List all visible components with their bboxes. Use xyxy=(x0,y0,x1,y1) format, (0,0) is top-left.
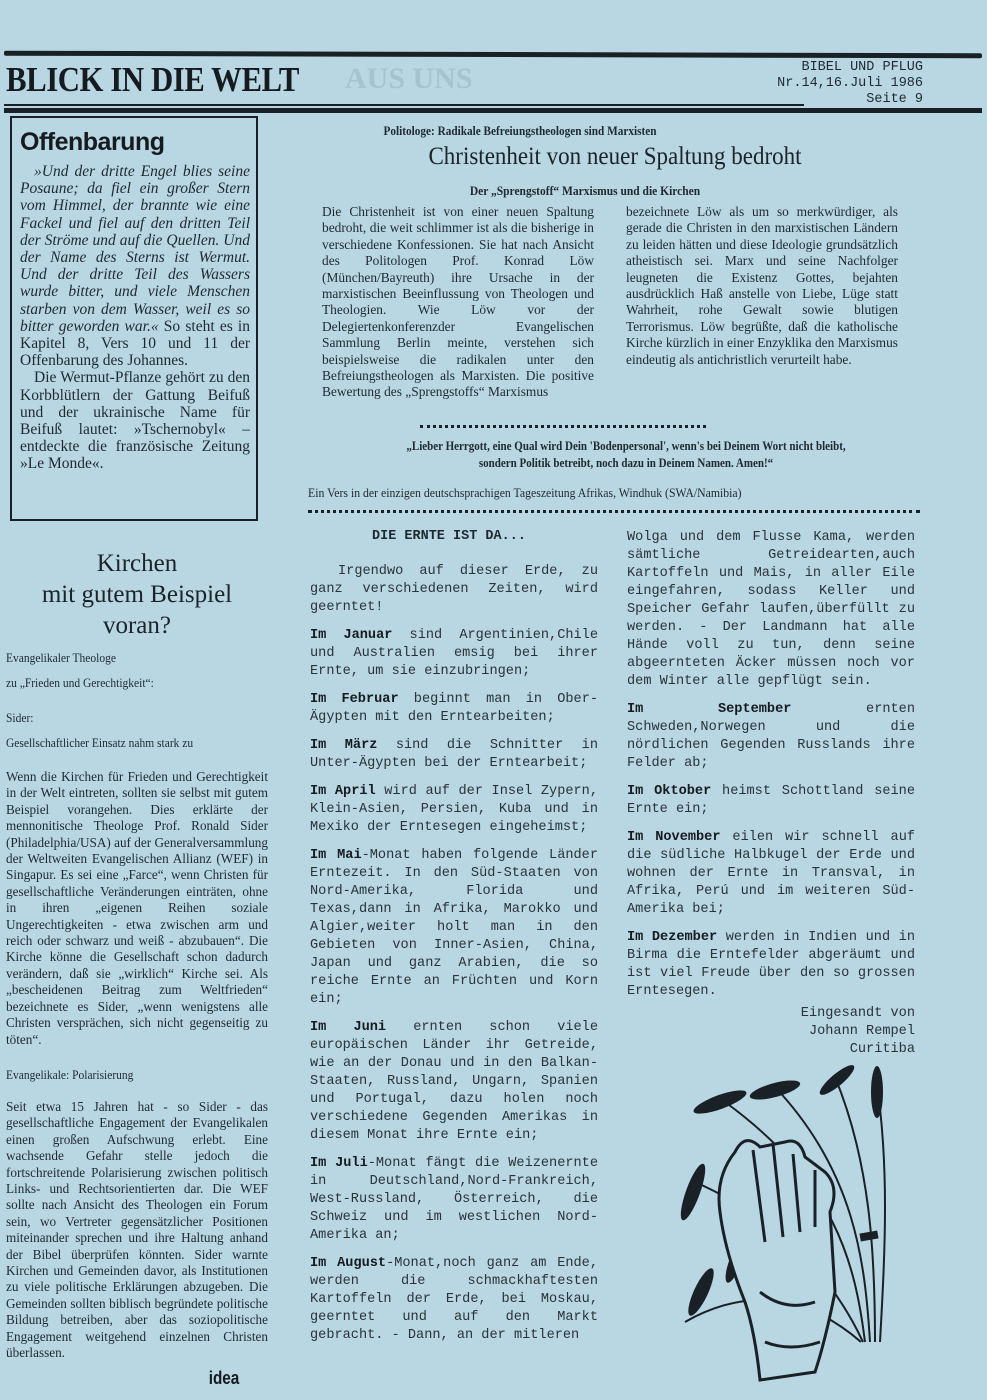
month-label: Im Februar xyxy=(310,692,399,707)
dotted-divider xyxy=(308,510,920,513)
ernte-title: DIE ERNTE IST DA... xyxy=(372,529,526,544)
month-text: -Monat haben folgende Länder Erntezeit. … xyxy=(310,848,598,1007)
month-label: Im Dezember xyxy=(627,930,717,945)
dotted-divider xyxy=(420,425,706,428)
verse-quote: „Lieber Herrgott, eine Qual wird Dein 'B… xyxy=(357,438,896,472)
bleed-through-text: AUS UNS xyxy=(345,62,473,96)
ernte-month-paragraph: Im März sind die Schnitter in Unter-Ägyp… xyxy=(310,737,598,773)
month-label: Im April xyxy=(310,784,376,799)
offenbarung-title: Offenbarung xyxy=(20,128,250,157)
idea-agency-logo: idea xyxy=(209,1368,240,1389)
wermut-paragraph: Die Wermut-Pflanze gehört zu den Korbblü… xyxy=(20,369,250,472)
newspaper-page: AUS UNS BLICK IN DIE WELT BIBEL UND PFLU… xyxy=(0,0,987,1400)
ernte-month-paragraph: Wolga und dem Flusse Kama, werden sämtli… xyxy=(627,529,915,691)
month-label: Im August xyxy=(310,1256,386,1271)
article-subheadline: Der „Sprengstoff“ Marxismus und die Kirc… xyxy=(323,184,847,199)
issue-date: Nr.14,16.Juli 1986 xyxy=(777,76,923,92)
kirchen-subhead: Evangelikale: Polarisierung xyxy=(6,1068,247,1083)
bible-quote: »Und der dritte Engel blies seine Posaun… xyxy=(20,163,250,335)
signature-line: Johann Rempel xyxy=(627,1023,915,1041)
kirchen-body-1: Wenn die Kirchen für Frieden und Gerecht… xyxy=(6,769,268,1048)
masthead-thin-rule xyxy=(4,104,804,106)
verse-line-1: „Lieber Herrgott, eine Qual wird Dein 'B… xyxy=(357,438,896,455)
kirchen-article: Kirchen mit gutem Beispiel voran? Evange… xyxy=(6,548,268,1361)
month-label: Im November xyxy=(627,830,721,845)
ernte-month-paragraph: Im Oktober heimst Schottland seine Ernte… xyxy=(627,783,915,819)
signature-line: Curitiba xyxy=(627,1041,915,1059)
kirchen-meta-1: Evangelikaler Theologe xyxy=(6,651,247,666)
month-label: Im Oktober xyxy=(627,784,711,799)
kirchen-meta-3: Sider: xyxy=(6,711,247,726)
month-label: Im Mai xyxy=(310,848,362,863)
ernte-intro: Irgendwo auf dieser Erde, zu ganz versch… xyxy=(310,563,598,617)
ernte-column-2: Wolga und dem Flusse Kama, werden sämtli… xyxy=(627,529,915,1059)
masthead-top-rule xyxy=(4,51,982,59)
month-label: Im Januar xyxy=(310,628,392,643)
ernte-month-paragraph: Im Juli-Monat fängt die Weizenernte in D… xyxy=(310,1155,598,1245)
kirchen-headline-1: Kirchen xyxy=(6,548,268,579)
month-label: Im September xyxy=(627,702,791,717)
ernte-month-paragraph: Im September ernten Schweden,Norwegen un… xyxy=(627,701,915,773)
masthead-bottom-rule xyxy=(4,108,982,113)
masthead-info: BIBEL UND PFLUG Nr.14,16.Juli 1986 Seite… xyxy=(777,60,923,108)
month-label: Im März xyxy=(310,738,377,753)
offenbarung-body: »Und der dritte Engel blies seine Posaun… xyxy=(20,163,250,473)
ernte-month-paragraph: Im Juni ernten schon viele europäischen … xyxy=(310,1019,598,1145)
kirchen-body-2: Seit etwa 15 Jahren hat - so Sider - das… xyxy=(6,1099,268,1362)
kirchen-meta-4: Gesellschaftlicher Einsatz nahm stark zu xyxy=(6,736,247,751)
month-text: Wolga und dem Flusse Kama, werden sämtli… xyxy=(627,530,915,689)
praying-hands-wheat-icon xyxy=(665,1062,905,1387)
verse-source: Ein Vers in der einzigen deutschsprachig… xyxy=(308,486,742,501)
ernte-month-paragraph: Im August-Monat,noch ganz am Ende, werde… xyxy=(310,1255,598,1345)
ernte-month-paragraph: Im Januar sind Argentinien,Chile und Aus… xyxy=(310,627,598,681)
ernte-month-paragraph: Im April wird auf der Insel Zypern, Klei… xyxy=(310,783,598,837)
kirchen-meta-2: zu „Frieden und Gerechtigkeit“: xyxy=(6,676,247,691)
ernte-month-paragraph: Im November eilen wir schnell auf die sü… xyxy=(627,829,915,919)
month-label: Im Juni xyxy=(310,1020,386,1035)
article-column-1: Die Christenheit ist von einer neuen Spa… xyxy=(322,204,594,401)
signature-line: Eingesandt von xyxy=(627,1005,915,1023)
ernte-column-1: Irgendwo auf dieser Erde, zu ganz versch… xyxy=(310,563,598,1355)
month-text: ernten schon viele europäischen Länder i… xyxy=(310,1020,598,1143)
offenbarung-box: Offenbarung »Und der dritte Engel blies … xyxy=(10,116,258,521)
ernte-month-paragraph: Im Mai-Monat haben folgende Länder Ernte… xyxy=(310,847,598,1009)
kirchen-headline-2: mit gutem Beispiel voran? xyxy=(6,579,268,641)
ernte-month-paragraph: Im Februar beginnt man in Ober-Ägypten m… xyxy=(310,691,598,727)
article-headline: Christenheit von neuer Spaltung bedroht xyxy=(325,143,905,171)
publication-name: BIBEL UND PFLUG xyxy=(777,60,923,76)
article-kicker: Politologe: Radikale Befreiungstheologen… xyxy=(322,124,718,139)
ernte-month-paragraph: Im Dezember werden in Indien und in Birm… xyxy=(627,929,915,1001)
month-label: Im Juli xyxy=(310,1156,368,1171)
verse-line-2: sondern Politik betreibt, noch dazu in D… xyxy=(357,455,896,472)
section-title: BLICK IN DIE WELT xyxy=(6,60,299,100)
ernte-signature: Eingesandt vonJohann RempelCuritiba xyxy=(627,1005,915,1059)
article-column-2: bezeichnete Löw als um so merkwürdiger, … xyxy=(626,204,898,368)
